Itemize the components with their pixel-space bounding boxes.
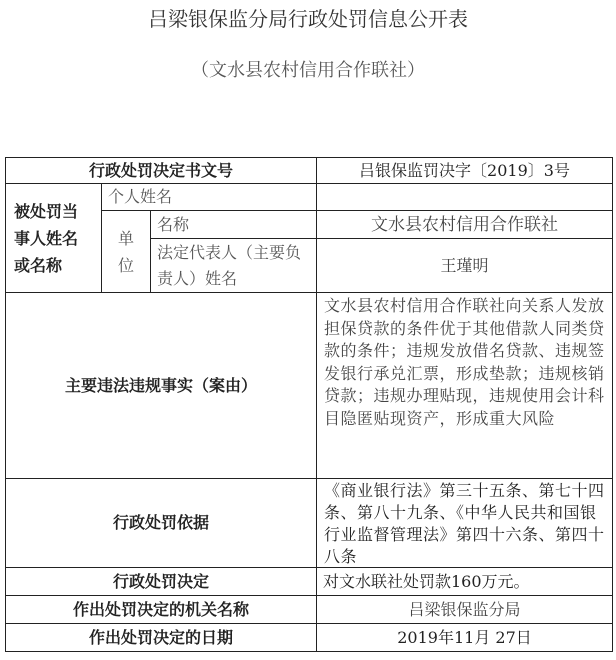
- legal-rep-value: 王瑾明: [316, 238, 613, 293]
- facts-label: 主要违法违规事实（案由）: [5, 292, 317, 479]
- unit-label-text: 单位: [117, 225, 135, 279]
- individual-name-label: 个人姓名: [101, 183, 317, 211]
- basis-value: 《商业银行法》第三十五条、第七十四条、第八十九条、《中华人民共和国银行业监督管理…: [316, 478, 613, 568]
- page-title: 吕梁银保监分局行政处罚信息公开表: [0, 3, 616, 32]
- party-label: 被处罚当事人姓名或名称: [5, 183, 102, 293]
- unit-label: 单位: [101, 210, 151, 293]
- basis-label: 行政处罚依据: [5, 478, 317, 568]
- party-label-text: 被处罚当事人姓名或名称: [14, 198, 92, 279]
- doc-no-value: 吕银保监罚决字〔2019〕3号: [316, 157, 613, 184]
- authority-value: 吕梁银保监分局: [316, 595, 613, 624]
- decision-label: 行政处罚决定: [5, 567, 317, 596]
- decision-value: 对文水联社处罚款160万元。: [316, 567, 613, 596]
- date-value: 2019年11月 27日: [316, 623, 613, 652]
- legal-rep-label: 法定代表人（主要负责人）姓名: [150, 238, 317, 293]
- unit-name-value: 文水县农村信用合作联社: [316, 210, 613, 239]
- individual-name-value: [316, 183, 613, 211]
- facts-value: 文水县农村信用合作联社向关系人发放担保贷款的条件优于其他借款人同类贷款的条件；违…: [316, 292, 613, 479]
- doc-no-label: 行政处罚决定书文号: [5, 157, 317, 184]
- unit-name-label: 名称: [150, 210, 317, 239]
- authority-label: 作出处罚决定的机关名称: [5, 595, 317, 624]
- date-label: 作出处罚决定的日期: [5, 623, 317, 652]
- page-subtitle: （文水县农村信用合作联社）: [0, 56, 616, 82]
